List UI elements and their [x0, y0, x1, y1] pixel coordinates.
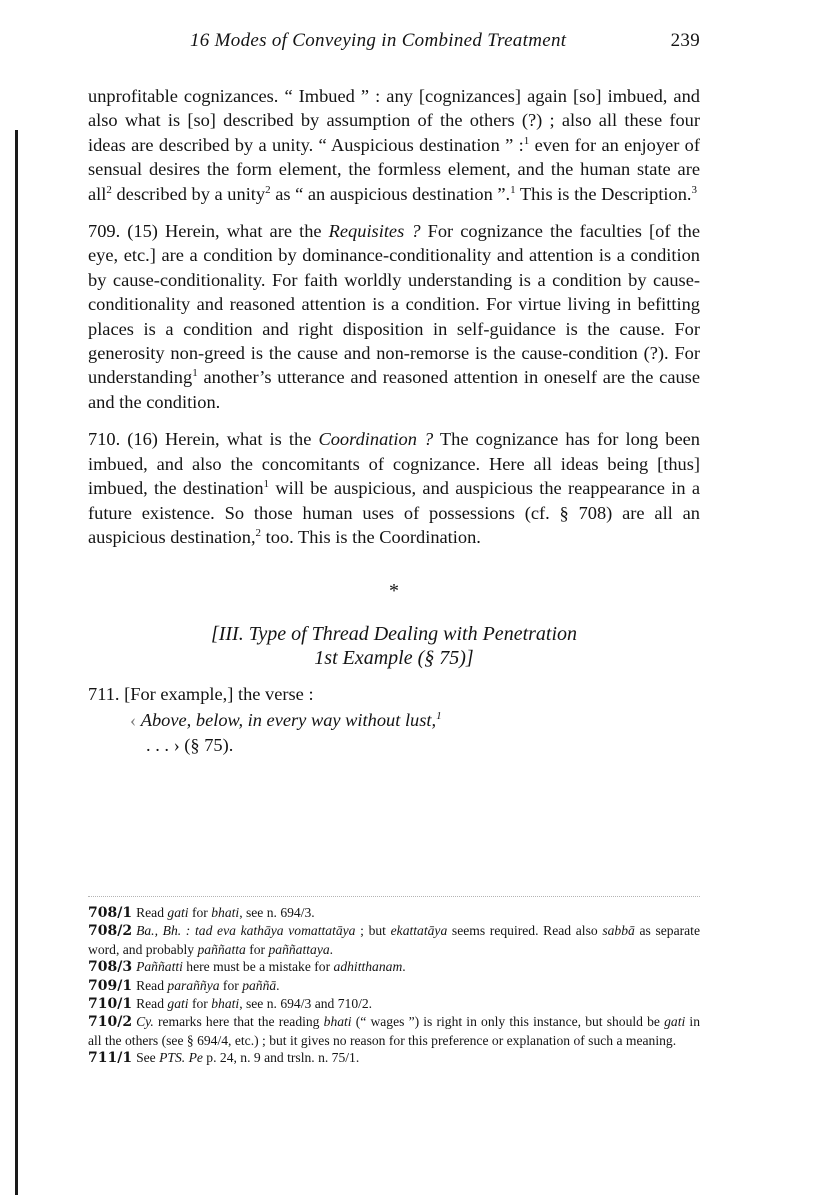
- footnote-italic-term: gati: [167, 996, 188, 1011]
- section-heading-line-2: 1st Example (§ 75)]: [88, 646, 700, 670]
- footnote-708-3: 708/3Paññatti here must be a mistake for…: [88, 958, 700, 976]
- footnote-italic-term: bhati: [211, 996, 239, 1011]
- footnotes: 708/1Read gati for bhati, see n. 694/3.7…: [88, 904, 700, 1068]
- footnote-text: here must be a mistake for: [183, 959, 334, 974]
- footnote-italic-term: gati: [167, 905, 188, 920]
- term-requisites: Requisites ?: [329, 221, 421, 241]
- text-run: 710. (16) Herein, what is the: [88, 429, 318, 449]
- footnote-text: remarks here that the reading: [154, 1014, 324, 1029]
- footnote-italic-term: ekattatāya: [391, 923, 448, 938]
- paragraph-711: 711. [For example,] the verse :: [88, 682, 700, 706]
- paragraph-708-continued: unprofitable cognizances. “ Imbued ” : a…: [88, 84, 700, 206]
- footnote-italic-term: Cy.: [136, 1014, 154, 1029]
- verse-continuation: . . . › (§ 75).: [130, 733, 700, 757]
- footnote-marker: 1: [436, 710, 442, 722]
- footnote-text: , see n. 694/3 and 710/2.: [239, 996, 372, 1011]
- footnote-text: .: [330, 942, 333, 957]
- footnote-711-1: 711/1See PTS. Pe p. 24, n. 9 and trsln. …: [88, 1049, 700, 1067]
- footnote-italic-term: sabbā: [602, 923, 634, 938]
- footnote-marker: 3: [692, 184, 698, 196]
- paragraph-710: 710. (16) Herein, what is the Coordinati…: [88, 427, 700, 549]
- running-head: 16 Modes of Conveying in Combined Treatm…: [180, 30, 700, 60]
- paragraph-709: 709. (15) Herein, what are the Requisite…: [88, 219, 700, 414]
- text-run: as “ an auspicious destination ”.: [271, 184, 511, 204]
- footnote-ref: 711/1: [88, 1050, 132, 1066]
- footnote-ref: 708/2: [88, 923, 132, 939]
- footnote-italic-term: paññattaya: [268, 942, 329, 957]
- footnote-ref: 710/2: [88, 1014, 132, 1030]
- footnote-italic-term: adhitthanam: [334, 959, 403, 974]
- footnote-italic-term: bhati: [324, 1014, 352, 1029]
- section-heading-line-1: [III. Type of Thread Dealing with Penetr…: [211, 623, 577, 645]
- footnote-text: Read: [136, 905, 167, 920]
- footnote-text: seems required. Read also: [447, 923, 602, 938]
- footnote-italic-term: PTS. Pe: [159, 1050, 203, 1065]
- section-heading: [III. Type of Thread Dealing with Penetr…: [88, 622, 700, 670]
- footnote-italic-term: paraññya: [167, 978, 219, 993]
- text-run: For cognizance the faculties [of the eye…: [88, 221, 700, 387]
- footnote-italic-term: Ba., Bh. : tad eva kathāya vomattatāya: [136, 923, 355, 938]
- footnote-text: , see n. 694/3.: [239, 905, 315, 920]
- footnote-ref: 708/1: [88, 905, 132, 921]
- section-separator: *: [88, 579, 700, 603]
- footnote-text: for: [189, 905, 212, 920]
- footnote-708-2: 708/2Ba., Bh. : tad eva kathāya vomattat…: [88, 922, 700, 958]
- page-number: 239: [671, 30, 700, 52]
- footnote-text: See: [136, 1050, 159, 1065]
- footnote-text: for: [246, 942, 269, 957]
- verse-quote: ‹ Above, below, in every way without lus…: [130, 708, 700, 757]
- footnote-italic-term: gati: [664, 1014, 685, 1029]
- footnote-text: for: [189, 996, 212, 1011]
- term-coordination: Coordination ?: [318, 429, 433, 449]
- footnote-text: ; but: [355, 923, 390, 938]
- main-text: unprofitable cognizances. “ Imbued ” : a…: [88, 84, 700, 757]
- footnote-text: .: [402, 959, 405, 974]
- text-run: too. This is the Coordination.: [261, 527, 481, 547]
- text-run: described by a unity: [112, 184, 265, 204]
- footnote-ref: 710/1: [88, 996, 132, 1012]
- text-run: 709. (15) Herein, what are the: [88, 221, 329, 241]
- text-run: This is the Description.: [516, 184, 692, 204]
- footnote-italic-term: paññatta: [197, 942, 245, 957]
- footnote-ref: 709/1: [88, 978, 132, 994]
- footnote-709-1: 709/1Read paraññya for paññā.: [88, 977, 700, 995]
- footnote-text: Read: [136, 996, 167, 1011]
- footnote-text: .: [276, 978, 279, 993]
- footnote-italic-term: Paññatti: [136, 959, 183, 974]
- footnote-708-1: 708/1Read gati for bhati, see n. 694/3.: [88, 904, 700, 922]
- footnote-text: p. 24, n. 9 and trsln. n. 75/1.: [203, 1050, 359, 1065]
- footnote-710-1: 710/1Read gati for bhati, see n. 694/3 a…: [88, 995, 700, 1013]
- footnote-text: for: [220, 978, 243, 993]
- footnote-divider: [88, 896, 700, 897]
- footnote-italic-term: bhati: [211, 905, 239, 920]
- footnote-ref: 708/3: [88, 959, 132, 975]
- page-binding-edge: [15, 130, 18, 1195]
- footnote-710-2: 710/2Cy. remarks here that the reading b…: [88, 1013, 700, 1049]
- verse-line: Above, below, in every way without lust,: [141, 710, 436, 730]
- footnote-text: Read: [136, 978, 167, 993]
- running-head-title: 16 Modes of Conveying in Combined Treatm…: [190, 30, 566, 52]
- verse-open-bracket: ‹: [130, 710, 141, 730]
- footnote-italic-term: paññā: [242, 978, 276, 993]
- footnote-text: (“ wages ”) is right in only this instan…: [352, 1014, 665, 1029]
